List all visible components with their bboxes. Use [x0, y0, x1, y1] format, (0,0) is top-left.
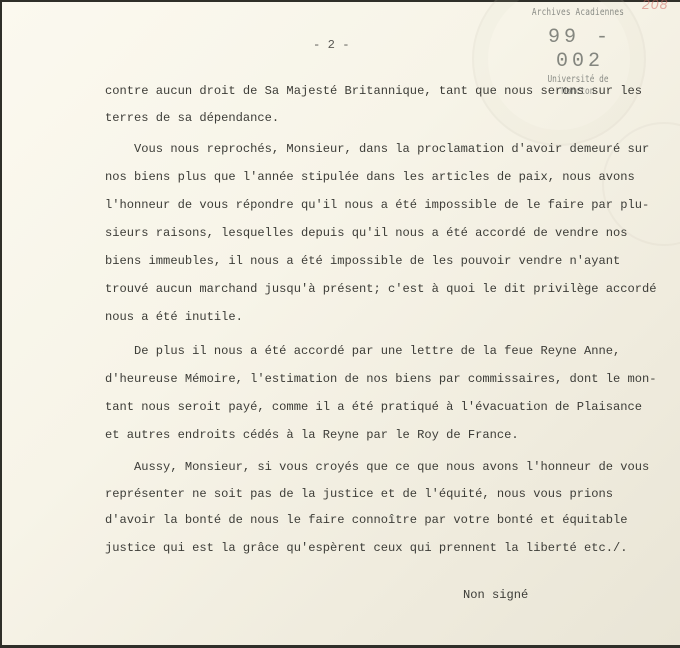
- text-line: l'honneur de vous répondre qu'il nous a …: [105, 196, 649, 214]
- text-line: nos biens plus que l'année stipulée dans…: [105, 168, 635, 186]
- text-line: De plus il nous a été accordé par une le…: [105, 342, 620, 360]
- text-line: biens immeubles, il nous a été impossibl…: [105, 252, 620, 270]
- paper-sheet: 208 Archives Acadiennes 99 - 002 Univers…: [2, 2, 680, 645]
- margin-folio-mark: 208: [642, 0, 668, 12]
- text-line: d'heureuse Mémoire, l'estimation de nos …: [105, 370, 657, 388]
- text-line: d'avoir la bonté de nous le faire connoî…: [105, 511, 628, 529]
- text-line: Vous nous reprochés, Monsieur, dans la p…: [105, 140, 649, 158]
- text-line: contre aucun droit de Sa Majesté Britann…: [105, 82, 642, 100]
- text-line: trouvé aucun marchand jusqu'à présent; c…: [105, 280, 657, 298]
- stamp-institution: Archives Acadiennes: [530, 6, 625, 20]
- text-line: justice qui est la grâce qu'espèrent ceu…: [105, 539, 628, 557]
- letter-body: contre aucun droit de Sa Majesté Britann…: [105, 82, 149, 348]
- text-line: terres de sa dépendance.: [105, 109, 279, 127]
- text-line: Aussy, Monsieur, si vous croyés que ce q…: [105, 458, 649, 476]
- text-line: tant nous seroit payé, comme il a été pr…: [105, 398, 642, 416]
- signature-note: Non signé: [463, 588, 528, 602]
- document-page: 208 Archives Acadiennes 99 - 002 Univers…: [0, 0, 680, 648]
- text-line: et autres endroits cédés à la Reyne par …: [105, 426, 519, 444]
- stamp-reference: 99 - 002: [524, 26, 636, 74]
- text-line: nous a été inutile.: [105, 308, 243, 326]
- text-line: représenter ne soit pas de la justice et…: [105, 485, 613, 503]
- page-number: - 2 -: [313, 38, 350, 52]
- text-line: sieurs raisons, lesquelles depuis qu'il …: [105, 224, 628, 242]
